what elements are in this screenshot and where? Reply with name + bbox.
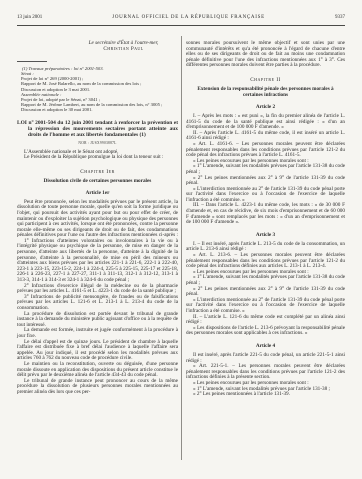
para: 3° Infractions de publicité mensongère, … bbox=[17, 295, 178, 312]
para: « Les dispositions de l'article L. 213-6… bbox=[186, 326, 345, 337]
chapter-title: Extension de la responsabilité pénale de… bbox=[192, 86, 339, 98]
page-header: 13 juin 2001 JOURNAL OFFICIEL DE LA RÉPU… bbox=[17, 15, 345, 21]
para: « Art. 221-5-1. – Les personnes morales … bbox=[186, 364, 345, 381]
column-divider-rule bbox=[181, 36, 182, 460]
para: « 2° Les peines mentionnées à l'article … bbox=[186, 392, 345, 398]
header-date: 13 juin 2001 bbox=[17, 15, 72, 21]
chapter-title: Dissolution civile de certaines personne… bbox=[23, 178, 172, 184]
fn: Discussion et adoption le 30 mai 2001. bbox=[17, 107, 178, 112]
signature-block: Le secrétaire d'État à l'outre-mer, Chri… bbox=[69, 40, 178, 53]
para: « L'interdiction mentionnée au 2° de l'a… bbox=[186, 298, 345, 315]
para: Le maintien ou la reconstitution, ouvert… bbox=[17, 362, 178, 379]
law-title: LOI n° 2001-504 du 12 juin 2001 tendant … bbox=[17, 120, 178, 139]
header-journal-title: JOURNAL OFFICIEL DE LA RÉPUBLIQUE FRANÇA… bbox=[72, 15, 305, 21]
header-rule bbox=[17, 25, 345, 26]
right-column: sonnes morales poursuivent le même objec… bbox=[186, 41, 345, 398]
header-page-number: 9337 bbox=[305, 15, 345, 21]
para: « 2° Les peines mentionnées aux 2° à 9° … bbox=[186, 176, 345, 187]
article-heading: Article 2 bbox=[186, 104, 345, 110]
nor: NOR : JUSX9903887L bbox=[17, 141, 178, 146]
para: « 1° L'amende, suivant les modalités pré… bbox=[186, 164, 345, 175]
para: La demande est formée, instruite et jugé… bbox=[17, 328, 178, 339]
chapter-number: Chapitre Ier bbox=[17, 169, 178, 175]
para: « Art. L. 4161-6. – Les personnes morale… bbox=[186, 142, 345, 159]
article-heading: Article 3 bbox=[186, 232, 345, 238]
footnote-block: (1) Travaux préparatoires : loi n° 2001-… bbox=[17, 66, 178, 113]
para: Peut être prononcée, selon les modalités… bbox=[17, 200, 178, 239]
left-column: Le secrétaire d'État à l'outre-mer, Chri… bbox=[17, 38, 178, 396]
para: Le Président de la République promulgue … bbox=[17, 155, 178, 161]
footnote-separator-rule bbox=[17, 61, 47, 62]
chapter-number: Chapitre II bbox=[186, 77, 345, 83]
para: Le délai d'appel est de quinze jours. Le… bbox=[17, 340, 178, 362]
para-flush: sonnes morales poursuivent le même objec… bbox=[186, 41, 345, 69]
para: « Art. L. 213-6. – Les personnes morales… bbox=[186, 253, 345, 270]
para: I. – Après les mots : « est puni », la f… bbox=[186, 114, 345, 131]
para: La procédure de dissolution est portée d… bbox=[17, 312, 178, 329]
para: « 1° L'amende, suivant les modalités pré… bbox=[186, 275, 345, 286]
para: 1° Infractions d'atteintes volontaires o… bbox=[17, 239, 178, 284]
journal-officiel-page: 13 juin 2001 JOURNAL OFFICIEL DE LA RÉPU… bbox=[0, 0, 362, 479]
article-heading: Article 1er bbox=[17, 190, 178, 196]
para: III. – Dans l'article L. 4223-1 du même … bbox=[186, 203, 345, 225]
article-heading: Article 4 bbox=[186, 343, 345, 349]
signature-name: Christian Paul bbox=[69, 46, 178, 52]
para: Le tribunal de grande instance peut pron… bbox=[17, 379, 178, 396]
para: « L'interdiction mentionnée au 2° de l'a… bbox=[186, 187, 345, 204]
left-column-text: LOI n° 2001-504 du 12 juin 2001 tendant … bbox=[17, 120, 178, 396]
